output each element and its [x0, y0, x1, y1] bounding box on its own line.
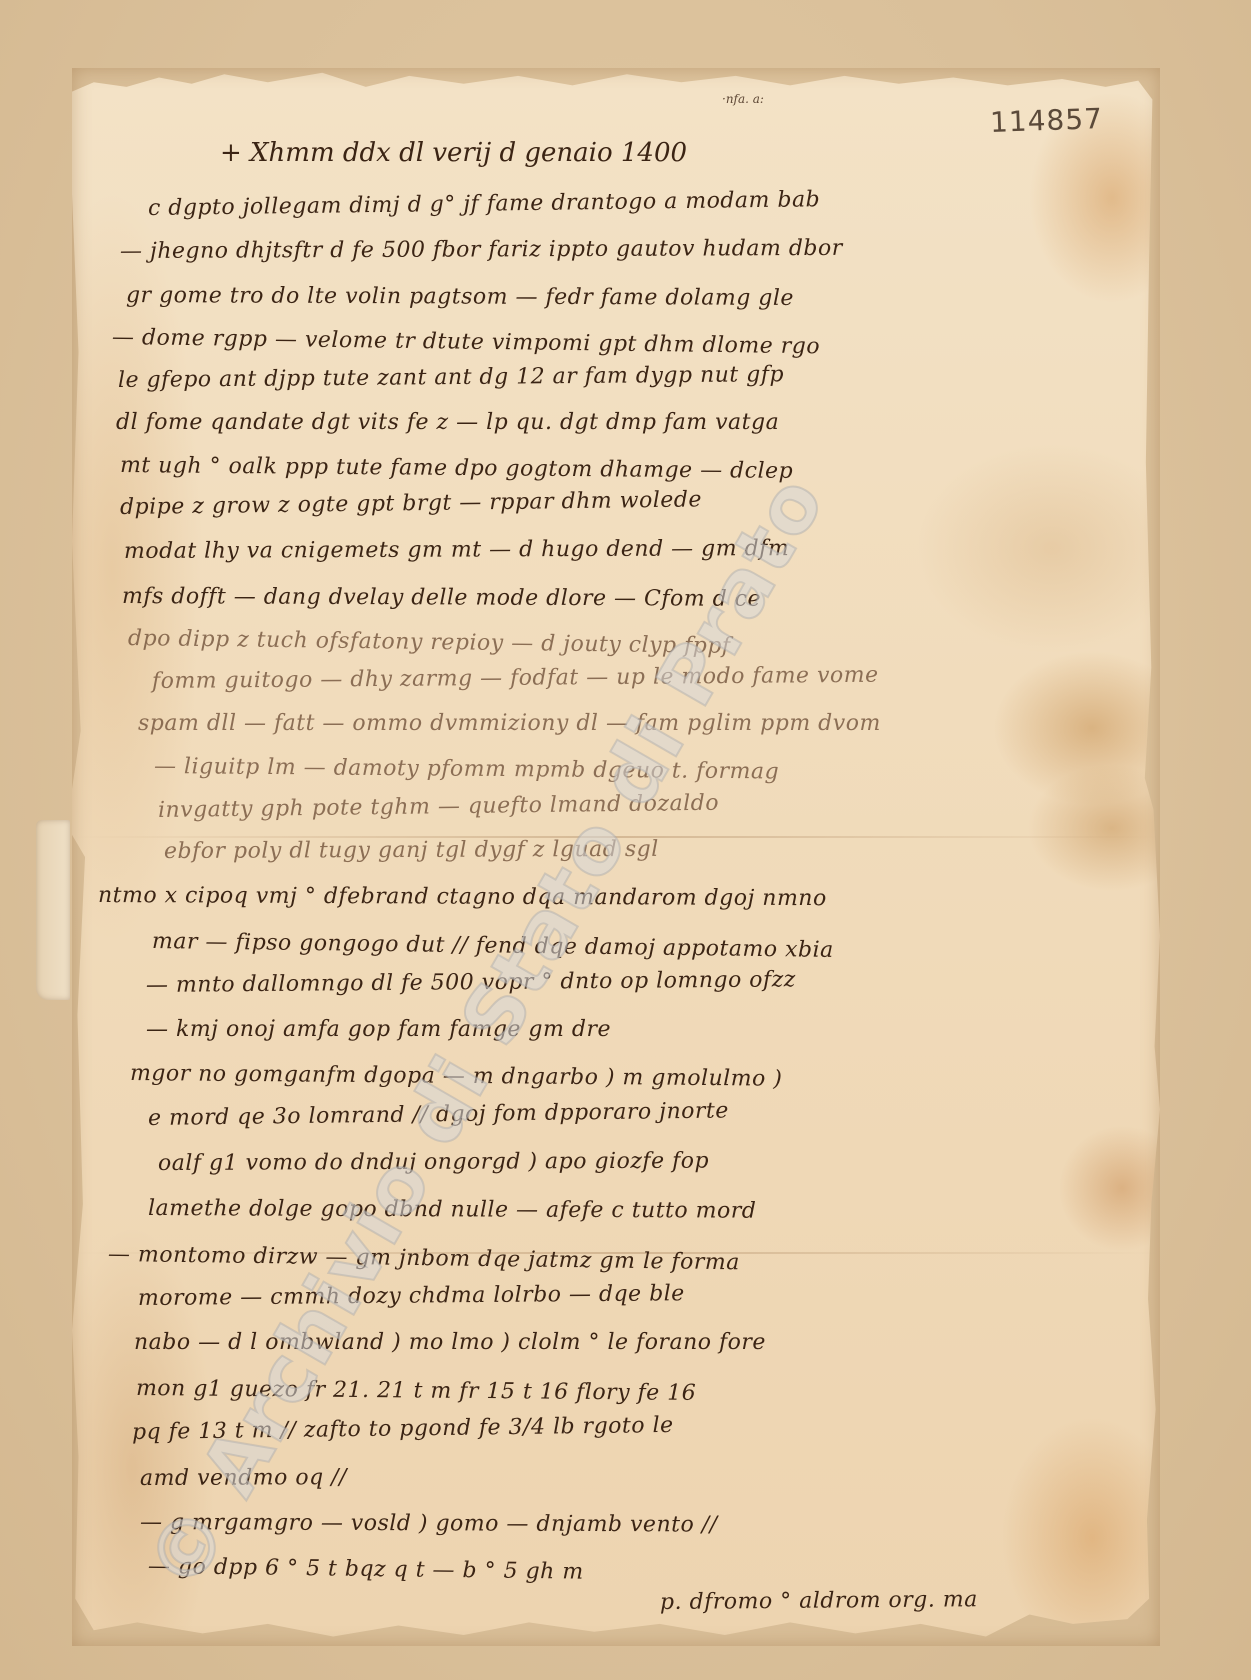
- folio-mark: ·nfa. a:: [722, 92, 764, 106]
- manuscript-line: — liguitp lm — damoty pfomm mpmb dgeuo t…: [154, 754, 779, 784]
- manuscript-line: — jhegno dhjtsftr d fe 500 fbor fariz ip…: [120, 235, 843, 263]
- letter-heading: + Xhmm ddx dl verij d genaio 1400: [220, 138, 687, 168]
- manuscript-line: ntmo x cipoq vmj ° dfebrand ctagno dqa m…: [98, 883, 827, 911]
- archive-number: 114857: [989, 102, 1103, 139]
- manuscript-line: ebfor poly dl tugy ganj tgl dygf z lguad…: [164, 836, 659, 863]
- manuscript-line: mfs dofft — dang dvelay delle mode dlore…: [122, 584, 761, 612]
- manuscript-line: gr gome tro do lte volin pagtsom — fedr …: [126, 283, 794, 311]
- manuscript-line: p. dfromo ° aldrom org. ma: [660, 1587, 978, 1615]
- manuscript-line: amd vendmo oq //: [140, 1465, 347, 1491]
- manuscript-line: modat lhy va cnigemets gm mt — d hugo de…: [124, 536, 789, 564]
- torn-margin-fragment: [36, 820, 70, 1000]
- manuscript-line: nabo — d l ombwland ) mo lmo ) clolm ° l…: [134, 1330, 766, 1355]
- manuscript-line: mon g1 guezo fr 21. 21 t m fr 15 t 16 fl…: [136, 1376, 696, 1406]
- manuscript-line: oalf g1 vomo do dnduj ongorgd ) apo gioz…: [158, 1149, 709, 1176]
- manuscript-line: morome — cmmh dozy chdma lolrbo — dqe bl…: [138, 1281, 685, 1311]
- manuscript-line: — g mrgamgro — vosld ) gomo — dnjamb ven…: [140, 1510, 718, 1538]
- manuscript-line: lamethe dolge gopo dbnd nulle — afefe c …: [148, 1196, 756, 1224]
- manuscript-line: — kmj onoj amfa gop fam famge gm dre: [146, 1017, 611, 1042]
- manuscript-line: spam dll — fatt — ommo dvmmiziony dl — f…: [138, 711, 881, 736]
- manuscript-line: dl fome qandate dgt vits fe z — lp qu. d…: [116, 410, 779, 435]
